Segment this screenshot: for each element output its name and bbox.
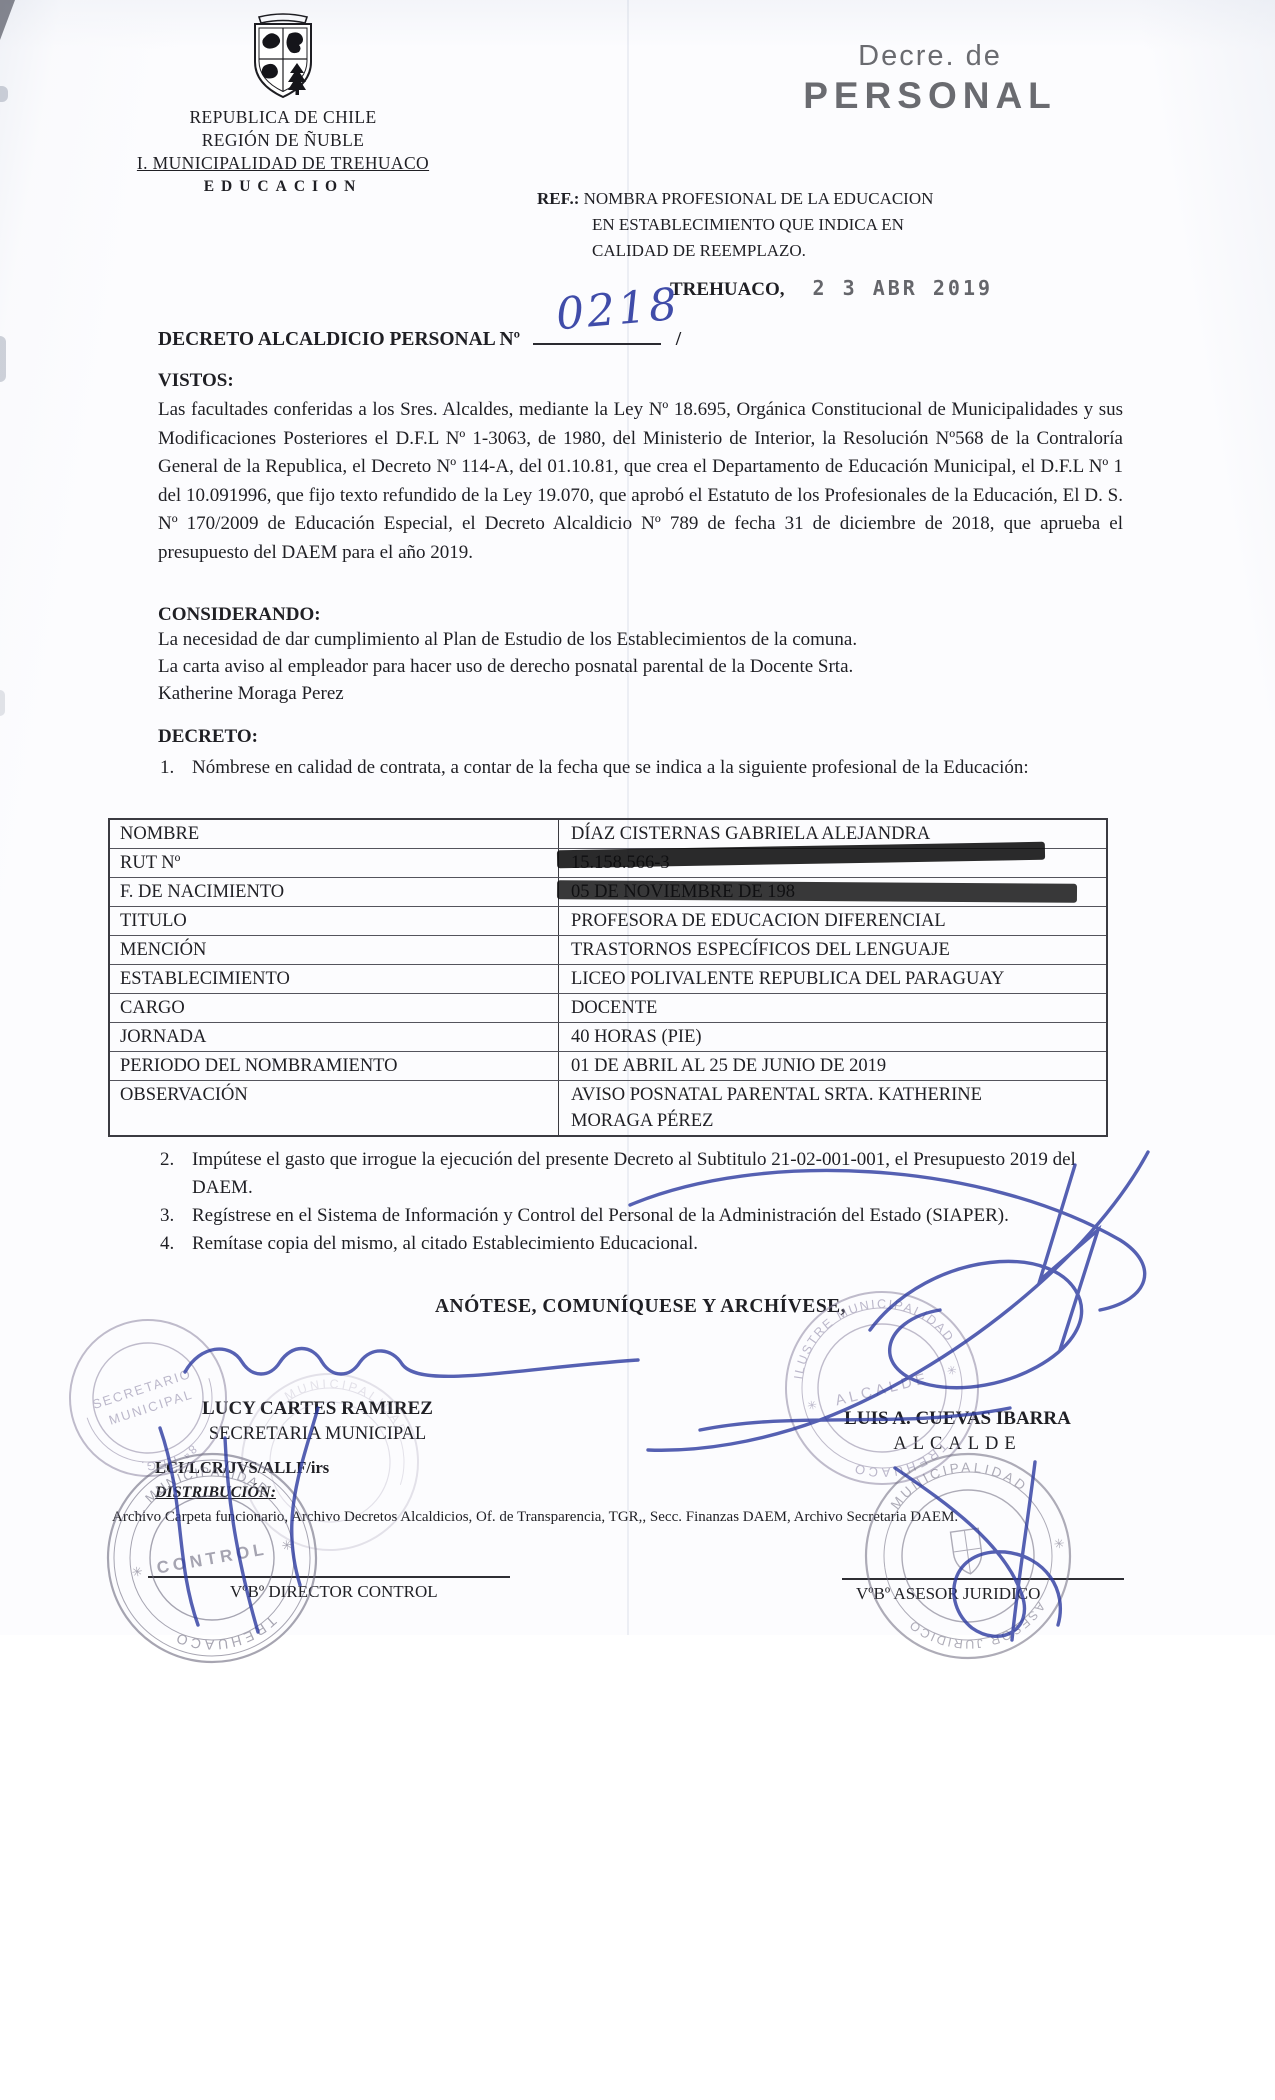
row-value: 40 HORAS (PIE)	[559, 1023, 1106, 1051]
row-value: 05 DE NOVIEMBRE DE 198	[559, 878, 1106, 906]
scan-artifact	[0, 86, 8, 102]
row-value: AVISO POSNATAL PARENTAL SRTA. KATHERINE …	[559, 1081, 1106, 1135]
row-label: MENCIÓN	[110, 936, 559, 964]
row-value: 01 DE ABRIL AL 25 DE JUNIO DE 2019	[559, 1052, 1106, 1080]
drafting-initials: LCI/LCR/JVS/ALLF/irs	[155, 1458, 329, 1478]
decree-slash: /	[676, 329, 681, 350]
ref-line3: CALIDAD DE REEMPLAZO.	[592, 241, 806, 260]
redaction-marker	[557, 880, 1077, 903]
item-number: 2.	[160, 1146, 192, 1202]
municipality-line: I. MUNICIPALIDAD DE TREHUACO	[118, 152, 448, 175]
secretary-title: SECRETARIA MUNICIPAL	[165, 1424, 470, 1445]
stamp-line1: Decre. de	[770, 40, 1090, 73]
row-label: F. DE NACIMIENTO	[110, 878, 559, 906]
row-value-text: 01 DE ABRIL AL 25 DE JUNIO DE 2019	[571, 1056, 886, 1076]
item-text: Impútese el gasto que irrogue la ejecuci…	[192, 1146, 1135, 1202]
signature-block-mayor: LUIS A. CUEVAS IBARRA ALCALDE	[795, 1408, 1120, 1455]
date-stamp: 2 3 ABR 2019	[813, 276, 994, 300]
row-label: RUT Nº	[110, 849, 559, 877]
item-number: 3.	[160, 1202, 192, 1230]
item-number: 4.	[160, 1230, 192, 1258]
row-value-text: DÍAZ CISTERNAS GABRIELA ALEJANDRA	[571, 824, 930, 844]
dateline: TREHUACO, 2 3 ABR 2019	[670, 276, 993, 301]
scan-artifact	[0, 336, 6, 382]
coat-of-arms-icon	[245, 10, 321, 102]
row-label: TITULO	[110, 907, 559, 935]
table-row: PERIODO DEL NOMBRAMIENTO 01 DE ABRIL AL …	[110, 1052, 1106, 1081]
row-value: 15.158.566-3	[559, 849, 1106, 877]
closing-formula: ANÓTESE, COMUNÍQUESE Y ARCHÍVESE,	[158, 1296, 1123, 1318]
department-line: EDUCACION	[118, 175, 448, 199]
row-value: DOCENTE	[559, 994, 1106, 1022]
decree-item-1: 1. Nómbrese en calidad de contrata, a co…	[160, 754, 1135, 782]
considerando-line2: La carta aviso al empleador para hacer u…	[158, 653, 1123, 680]
row-value-text: TRASTORNOS ESPECÍFICOS DEL LENGUAJE	[571, 940, 950, 960]
mayor-title: ALCALDE	[795, 1434, 1120, 1455]
reference-block: REF.: NOMBRA PROFESIONAL DE LA EDUCACION…	[537, 186, 1032, 264]
ref-label: REF.:	[537, 189, 579, 208]
table-row: RUT Nº 15.158.566-3	[110, 849, 1106, 878]
mayor-name: LUIS A. CUEVAS IBARRA	[795, 1408, 1120, 1430]
distribution-list: Archivo Carpeta funcionario, Archivo Dec…	[112, 1509, 1202, 1526]
letterhead: REPUBLICA DE CHILE REGIÓN DE ÑUBLE I. MU…	[118, 10, 448, 199]
signature-line	[842, 1578, 1124, 1580]
row-value: TRASTORNOS ESPECÍFICOS DEL LENGUAJE	[559, 936, 1106, 964]
vistos-section: VISTOS: Las facultades conferidas a los …	[158, 370, 1123, 567]
personnel-decree-stamp: Decre. de PERSONAL	[770, 40, 1090, 117]
decree-item: 3. Regístrese en el Sistema de Informaci…	[160, 1202, 1135, 1230]
signature-line	[148, 1576, 510, 1578]
decree-label: DECRETO ALCALDICIO PERSONAL Nº	[158, 329, 520, 350]
considerando-line1: La necesidad de dar cumplimiento al Plan…	[158, 626, 1123, 653]
row-value-text: DOCENTE	[571, 998, 657, 1018]
personnel-table: NOMBRE DÍAZ CISTERNAS GABRIELA ALEJANDRA…	[108, 818, 1108, 1137]
table-row: OBSERVACIÓN AVISO POSNATAL PARENTAL SRTA…	[110, 1081, 1106, 1135]
table-row: JORNADA 40 HORAS (PIE)	[110, 1023, 1106, 1052]
table-row: F. DE NACIMIENTO 05 DE NOVIEMBRE DE 198	[110, 878, 1106, 907]
item-text: Regístrese en el Sistema de Información …	[192, 1202, 1135, 1230]
considerando-line3: Katherine Moraga Perez	[158, 680, 1123, 707]
row-label: CARGO	[110, 994, 559, 1022]
considerando-section: CONSIDERANDO: La necesidad de dar cumpli…	[158, 604, 1123, 707]
row-label: ESTABLECIMIENTO	[110, 965, 559, 993]
table-row: MENCIÓN TRASTORNOS ESPECÍFICOS DEL LENGU…	[110, 936, 1106, 965]
row-value-text: LICEO POLIVALENTE REPUBLICA DEL PARAGUAY	[571, 969, 1004, 989]
handwritten-decree-number: 0218	[554, 279, 682, 341]
decree-item: 2. Impútese el gasto que irrogue la ejec…	[160, 1146, 1135, 1202]
row-value-text: PROFESORA DE EDUCACION DIFERENCIAL	[571, 911, 946, 931]
ref-line2: EN ESTABLECIMIENTO QUE INDICA EN	[592, 215, 904, 234]
signature-block-secretary: LUCY CARTES RAMIREZ SECRETARIA MUNICIPAL	[165, 1398, 470, 1445]
table-row: CARGO DOCENTE	[110, 994, 1106, 1023]
country-line: REPUBLICA DE CHILE	[118, 106, 448, 129]
row-value-text: AVISO POSNATAL PARENTAL SRTA. KATHERINE	[571, 1085, 982, 1105]
considerando-heading: CONSIDERANDO:	[158, 604, 1123, 626]
row-value: PROFESORA DE EDUCACION DIFERENCIAL	[559, 907, 1106, 935]
vb-asesor-juridico: VºBº ASESOR JURIDICO	[856, 1584, 1040, 1604]
row-value-text: 40 HORAS (PIE)	[571, 1027, 702, 1047]
table-row: ESTABLECIMIENTO LICEO POLIVALENTE REPUBL…	[110, 965, 1106, 994]
ref-line1: NOMBRA PROFESIONAL DE LA EDUCACION	[584, 189, 934, 208]
row-label: OBSERVACIÓN	[110, 1081, 559, 1135]
item-text: Remítase copia del mismo, al citado Esta…	[192, 1230, 1135, 1258]
item-number: 1.	[160, 754, 192, 782]
table-row: TITULO PROFESORA DE EDUCACION DIFERENCIA…	[110, 907, 1106, 936]
region-line: REGIÓN DE ÑUBLE	[118, 129, 448, 152]
item-text: Nómbrese en calidad de contrata, a conta…	[192, 754, 1135, 782]
scan-artifact	[0, 0, 15, 40]
vistos-heading: VISTOS:	[158, 370, 1123, 392]
row-value-text2: MORAGA PÉREZ	[571, 1108, 1100, 1134]
row-label: NOMBRE	[110, 820, 559, 848]
distribution-label: DISTRIBUCIÓN:	[155, 1484, 276, 1502]
city-label: TREHUACO,	[670, 279, 785, 300]
secretary-name: LUCY CARTES RAMIREZ	[165, 1398, 470, 1420]
decreto-heading: DECRETO:	[158, 726, 258, 748]
scanned-decree-page: REPUBLICA DE CHILE REGIÓN DE ÑUBLE I. MU…	[0, 0, 1275, 2100]
scan-artifact	[0, 690, 5, 716]
row-label: PERIODO DEL NOMBRAMIENTO	[110, 1052, 559, 1080]
row-label: JORNADA	[110, 1023, 559, 1051]
decree-items: 2. Impútese el gasto que irrogue la ejec…	[160, 1146, 1135, 1258]
decree-item: 4. Remítase copia del mismo, al citado E…	[160, 1230, 1135, 1258]
vistos-paragraph: Las facultades conferidas a los Sres. Al…	[158, 396, 1123, 567]
vb-director-control: VºBº DIRECTOR CONTROL	[230, 1582, 438, 1602]
row-value: LICEO POLIVALENTE REPUBLICA DEL PARAGUAY	[559, 965, 1106, 993]
stamp-line2: PERSONAL	[770, 75, 1090, 117]
